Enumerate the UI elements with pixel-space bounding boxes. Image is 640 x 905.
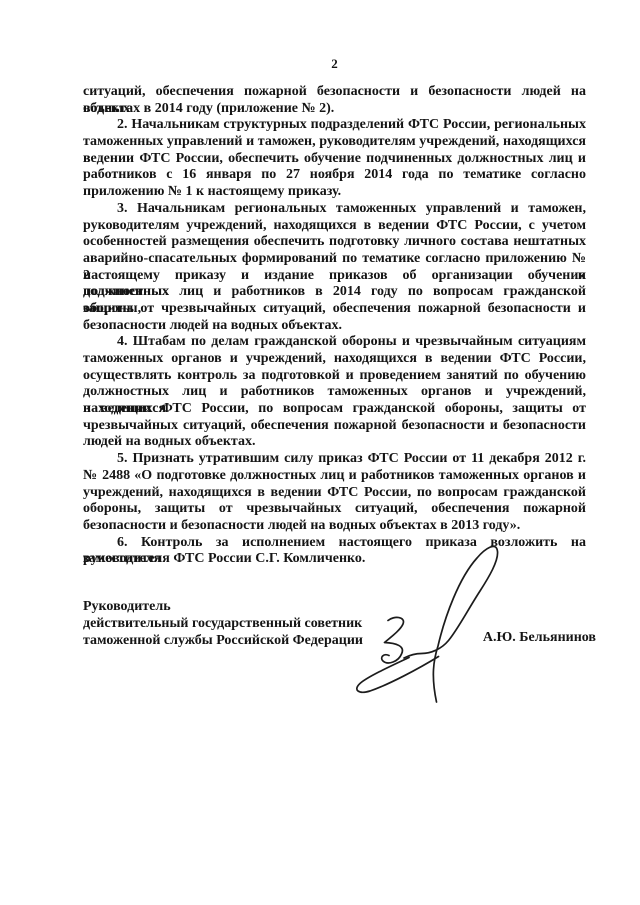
text-line: обороны, защиты от чрезвычайных ситуаций… (83, 501, 586, 518)
text-line: 2. Начальникам структурных подразделений… (83, 117, 586, 134)
text-line: объектах в 2014 году (приложение № 2). (83, 101, 586, 118)
text-line: учреждений, находящихся в ведении ФТС Ро… (83, 485, 586, 502)
text-line: ситуаций, обеспечения пожарной безопасно… (83, 84, 586, 101)
text-line: должностных лиц и работников таможенных … (83, 384, 586, 401)
text-line: в ведении ФТС России, по вопросам гражда… (83, 401, 586, 418)
text-line: чрезвычайных ситуаций, обеспечения пожар… (83, 418, 586, 435)
text-line: аварийно-спасательных формирований по те… (83, 251, 586, 268)
signature-title-line: Руководитель (83, 599, 363, 616)
signature-stroke (382, 617, 404, 662)
text-line: людей на водных объектах. (83, 434, 586, 451)
document-body: ситуаций, обеспечения пожарной безопасно… (83, 84, 586, 568)
text-line: работников с 16 января по 27 ноября 2014… (83, 167, 586, 184)
page-number: 2 (83, 56, 586, 72)
signature-title-line: таможенной службы Российской Федерации (83, 633, 363, 650)
text-line: настоящему приказу и издание приказов об… (83, 268, 586, 285)
signature-title-line: действительный государственный советник (83, 616, 363, 633)
text-line: осуществлять контроль за подготовкой и п… (83, 368, 586, 385)
text-line: приложению № 1 к настоящему приказу. (83, 184, 586, 201)
text-line: защиты от чрезвычайных ситуаций, обеспеч… (83, 301, 586, 318)
text-line: № 2488 «О подготовке должностных лиц и р… (83, 468, 586, 485)
signature-stroke (404, 546, 498, 702)
document-page: 2 ситуаций, обеспечения пожарной безопас… (0, 0, 640, 905)
text-line: должностных лиц и работников в 2014 году… (83, 284, 586, 301)
text-line: особенностей размещения обеспечить подго… (83, 234, 586, 251)
text-line: руководителям учреждений, находящихся в … (83, 218, 586, 235)
text-line: 5. Признать утратившим силу приказ ФТС Р… (83, 451, 586, 468)
text-line: безопасности и безопасности людей на вод… (83, 518, 586, 535)
text-line: таможенных управлений и таможен, руковод… (83, 134, 586, 151)
text-line: ведении ФТС России, обеспечить обучение … (83, 151, 586, 168)
signature-title-block: Руководительдействительный государственн… (83, 599, 363, 650)
text-line: безопасности людей на водных объектах. (83, 318, 586, 335)
signature-stroke (357, 657, 439, 693)
text-line: таможенных органов и учреждений, находящ… (83, 351, 586, 368)
signatory-name: А.Ю. Бельянинов (440, 630, 596, 646)
text-line: 4. Штабам по делам гражданской обороны и… (83, 334, 586, 351)
handwritten-signature-icon (330, 535, 530, 715)
text-line: 3. Начальникам региональных таможенных у… (83, 201, 586, 218)
